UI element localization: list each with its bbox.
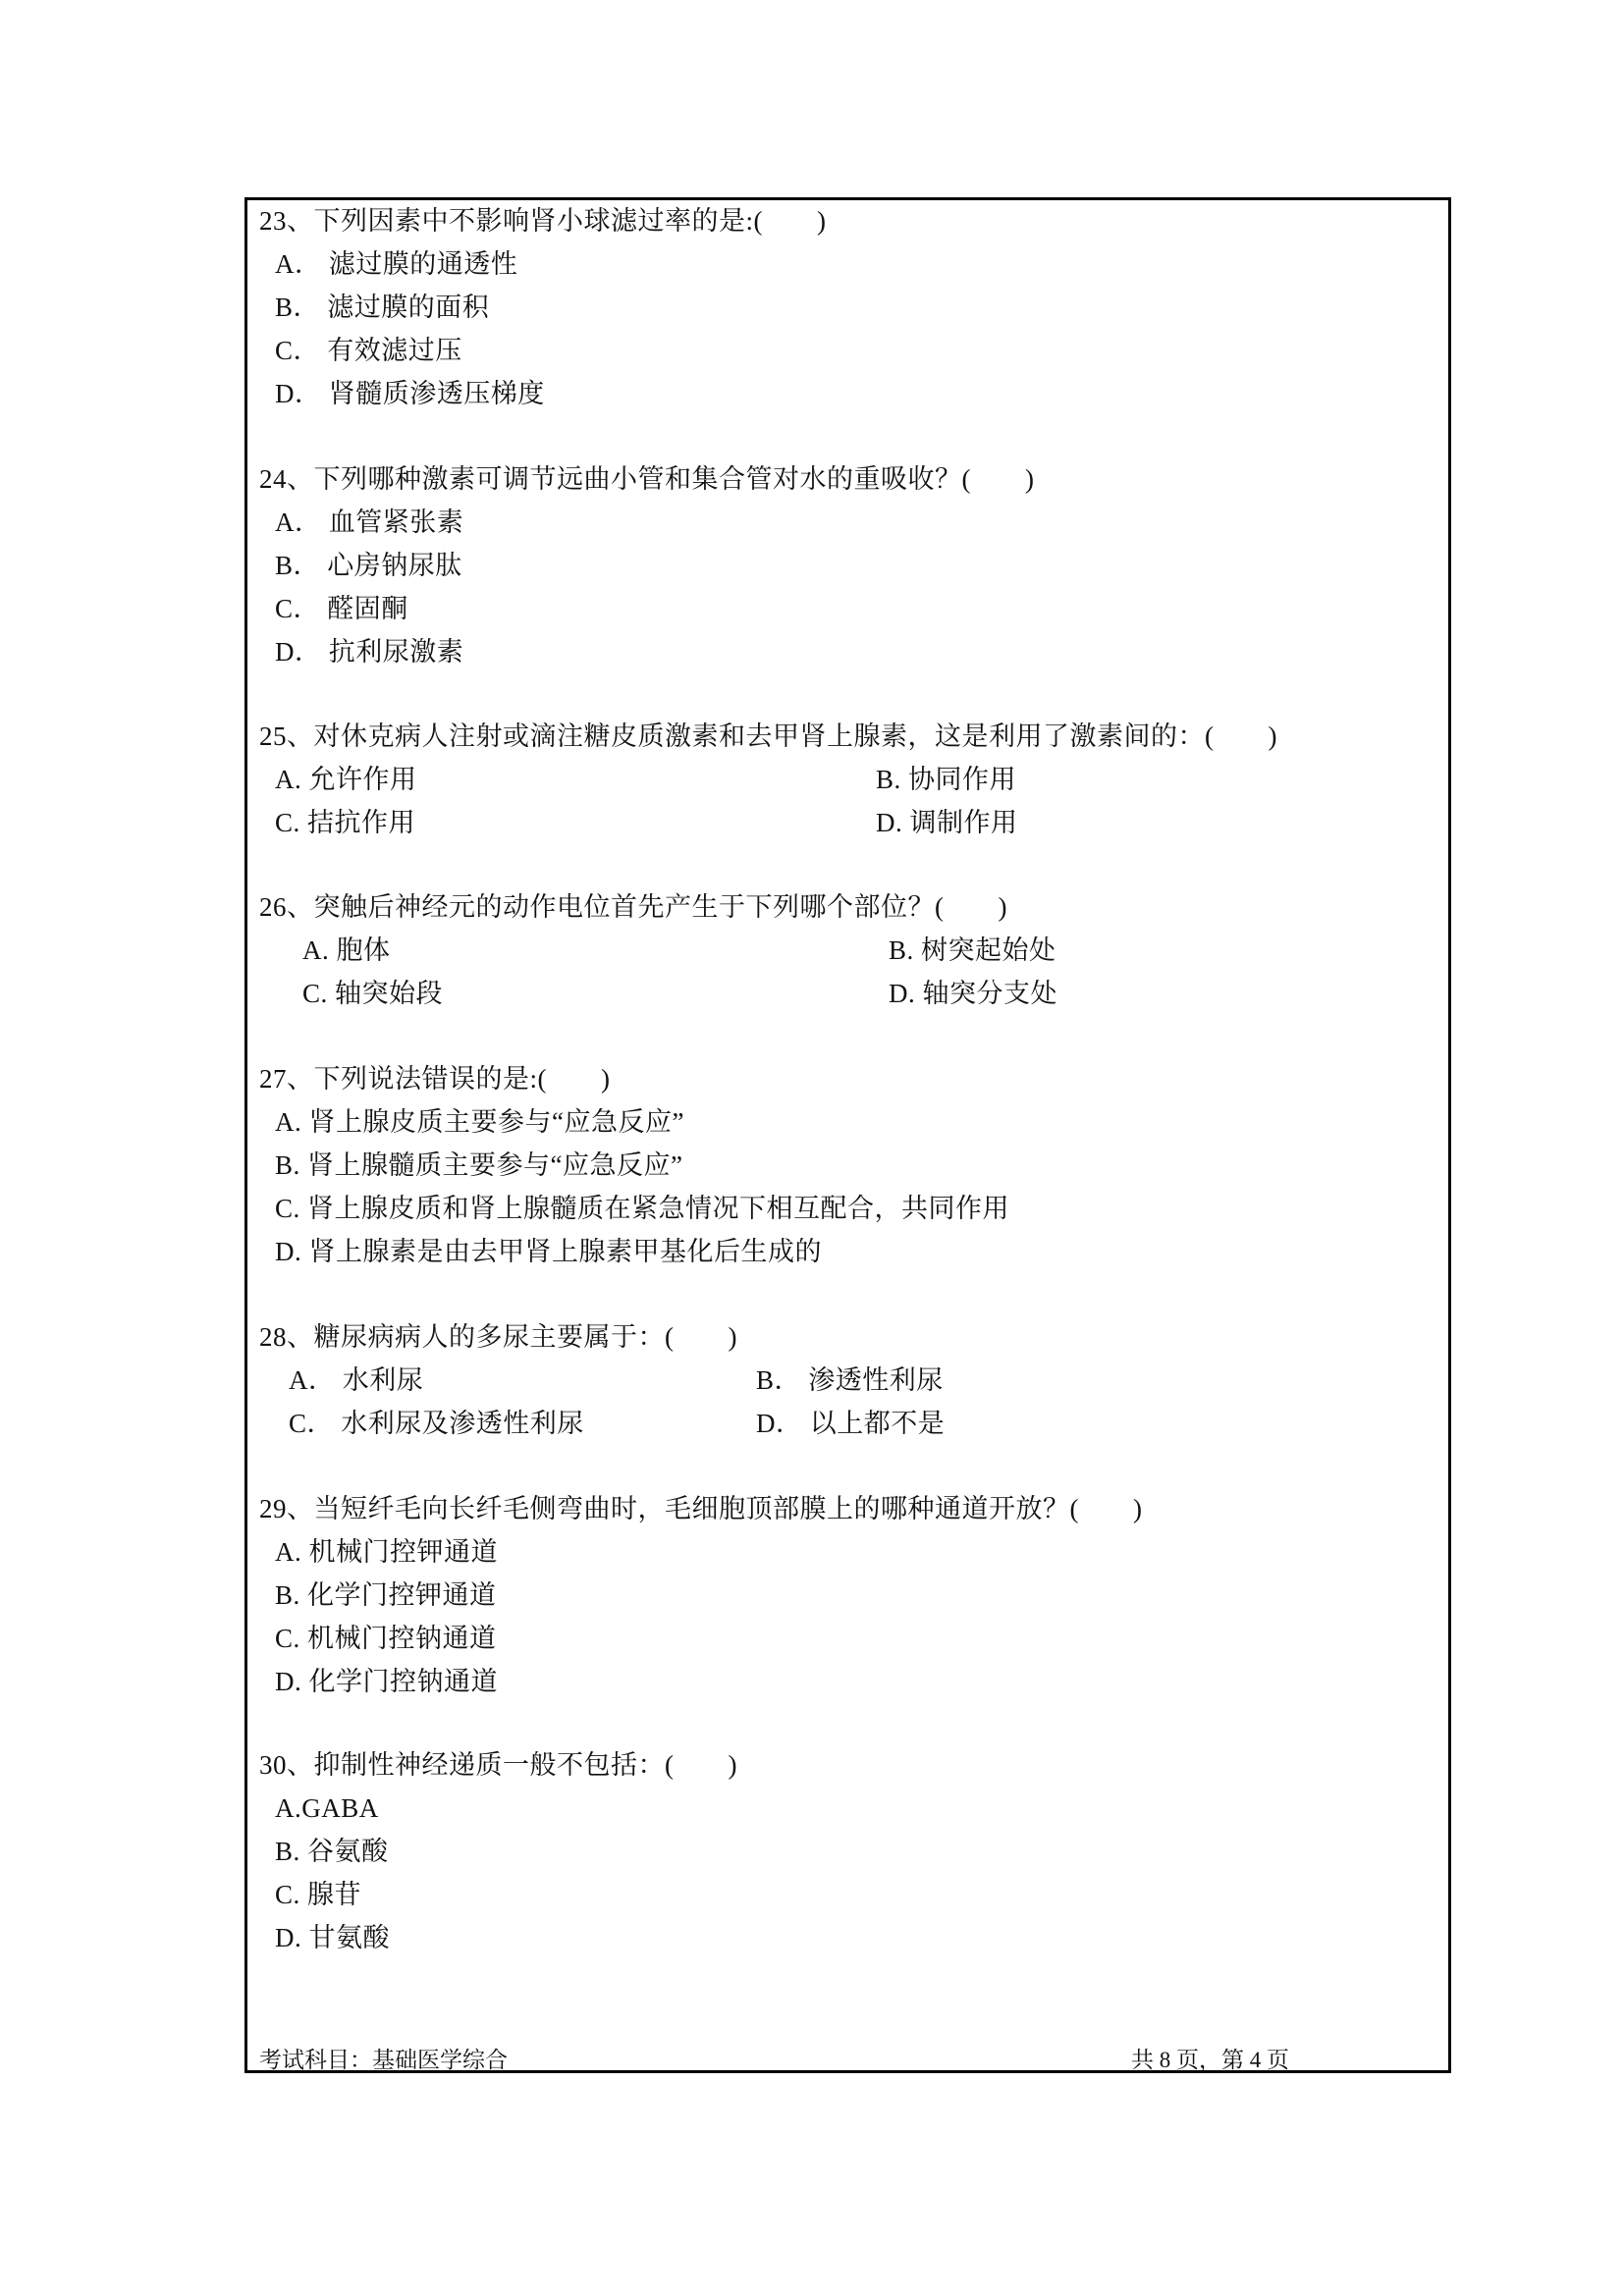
- option-b: B. 肾上腺髓质主要参与“应急反应”: [275, 1148, 682, 1183]
- option-b: B. 协同作用: [876, 762, 1016, 797]
- option-b: B. 化学门控钾通道: [275, 1577, 497, 1613]
- option-a: A. 肾上腺皮质主要参与“应急反应”: [275, 1104, 684, 1140]
- option-text: 机械门控钠通道: [307, 1624, 497, 1653]
- option-text: 心房钠尿肽: [327, 551, 462, 580]
- option-c: C. 腺苷: [275, 1877, 361, 1912]
- option-text: 以上都不是: [810, 1409, 946, 1438]
- question-text: 下列哪种激素可调节远曲小管和集合管对水的重吸收？( ): [314, 464, 1035, 494]
- option-label: A．: [289, 1365, 336, 1395]
- option-text: 甘氨酸: [309, 1923, 391, 1952]
- question-number: 26、: [259, 892, 314, 922]
- question-26: 26、突触后神经元的动作电位首先产生于下列哪个部位？( ): [259, 889, 1007, 925]
- option-label: C.: [275, 1880, 300, 1909]
- option-a: A. 允许作用: [275, 762, 417, 797]
- question-text: 突触后神经元的动作电位首先产生于下列哪个部位？( ): [314, 892, 1007, 922]
- option-text: 树突起始处: [921, 935, 1056, 965]
- option-c: C． 有效滤过压: [275, 333, 462, 368]
- option-text: 肾上腺素是由去甲肾上腺素甲基化后生成的: [309, 1237, 823, 1266]
- option-label: C.: [275, 1194, 300, 1223]
- option-label: B.: [275, 1580, 300, 1610]
- option-label: D.: [889, 979, 915, 1008]
- option-text: 机械门控钾通道: [309, 1537, 499, 1567]
- option-text: 有效滤过压: [327, 336, 462, 365]
- option-text: 化学门控钾通道: [307, 1580, 497, 1610]
- option-text: 滤过膜的面积: [327, 293, 489, 322]
- option-label: D.: [275, 1923, 301, 1952]
- question-30: 30、抑制性神经递质一般不包括：( ): [259, 1747, 737, 1783]
- option-label: A.: [275, 1107, 301, 1137]
- option-d: D． 以上都不是: [756, 1406, 945, 1441]
- question-number: 28、: [259, 1322, 314, 1352]
- question-text: 下列说法错误的是:( ): [314, 1064, 611, 1094]
- option-label: D．: [275, 379, 322, 408]
- option-label: A.: [275, 1537, 301, 1567]
- option-label: A.: [302, 935, 329, 965]
- option-text: 醛固酮: [327, 594, 408, 623]
- option-label: C．: [289, 1409, 334, 1438]
- question-number: 23、: [259, 206, 314, 236]
- option-b: B． 渗透性利尿: [756, 1362, 944, 1398]
- option-label: B．: [275, 551, 320, 580]
- option-text: 肾上腺髓质主要参与“应急反应”: [307, 1150, 682, 1180]
- option-a: A.GABA: [275, 1790, 379, 1826]
- option-label: A．: [275, 249, 322, 279]
- option-a: A． 滤过膜的通透性: [275, 246, 517, 282]
- option-c: C． 水利尿及渗透性利尿: [289, 1406, 584, 1441]
- question-number: 27、: [259, 1064, 314, 1094]
- option-text: 水利尿及渗透性利尿: [341, 1409, 584, 1438]
- option-label: C.: [302, 979, 328, 1008]
- option-label: A.: [275, 1793, 301, 1823]
- option-text: 水利尿: [343, 1365, 424, 1395]
- option-c: C. 机械门控钠通道: [275, 1621, 497, 1656]
- option-label: C．: [275, 336, 320, 365]
- option-label: D.: [275, 1237, 301, 1266]
- question-24: 24、下列哪种激素可调节远曲小管和集合管对水的重吸收？( ): [259, 461, 1034, 497]
- option-c: C. 轴突始段: [302, 976, 443, 1011]
- option-d: D. 化学门控钠通道: [275, 1664, 498, 1699]
- option-b: B. 谷氨酸: [275, 1834, 389, 1869]
- option-label: C.: [275, 1624, 300, 1653]
- option-label: D.: [275, 1667, 301, 1696]
- option-text: 肾上腺皮质和肾上腺髓质在紧急情况下相互配合，共同作用: [307, 1194, 1009, 1223]
- option-b: B. 树突起始处: [889, 933, 1056, 968]
- option-text: 调制作用: [910, 808, 1018, 837]
- option-label: B.: [275, 1150, 300, 1180]
- option-label: B．: [756, 1365, 801, 1395]
- question-text: 对休克病人注射或滴注糖皮质激素和去甲肾上腺素，这是利用了激素间的：( ): [314, 721, 1277, 751]
- option-d: D． 抗利尿激素: [275, 634, 463, 669]
- option-text: 肾髓质渗透压梯度: [329, 379, 545, 408]
- question-29: 29、当短纤毛向长纤毛侧弯曲时，毛细胞顶部膜上的哪种通道开放？( ): [259, 1491, 1142, 1526]
- option-text: 轴突分支处: [923, 979, 1058, 1008]
- question-number: 25、: [259, 721, 314, 751]
- option-label: D．: [756, 1409, 803, 1438]
- option-text: 允许作用: [309, 765, 417, 794]
- option-label: B.: [275, 1837, 300, 1866]
- option-text: 谷氨酸: [307, 1837, 389, 1866]
- option-label: A.: [275, 765, 301, 794]
- option-text: 血管紧张素: [329, 507, 464, 537]
- option-d: D． 肾髓质渗透压梯度: [275, 376, 545, 411]
- option-text: 协同作用: [908, 765, 1016, 794]
- option-text: 肾上腺皮质主要参与“应急反应”: [309, 1107, 684, 1137]
- option-label: C．: [275, 594, 320, 623]
- option-label: C.: [275, 808, 300, 837]
- option-a: A. 胞体: [302, 933, 391, 968]
- question-text: 当短纤毛向长纤毛侧弯曲时，毛细胞顶部膜上的哪种通道开放？( ): [314, 1494, 1143, 1523]
- option-text: 轴突始段: [335, 979, 443, 1008]
- option-a: A． 血管紧张素: [275, 505, 463, 540]
- option-d: D. 调制作用: [876, 805, 1018, 840]
- option-label: D.: [876, 808, 902, 837]
- question-28: 28、糖尿病病人的多尿主要属于：( ): [259, 1319, 737, 1355]
- question-text: 糖尿病病人的多尿主要属于：( ): [314, 1322, 737, 1352]
- option-b: B． 滤过膜的面积: [275, 290, 489, 325]
- option-label: B.: [876, 765, 901, 794]
- option-c: C． 醛固酮: [275, 591, 408, 626]
- question-number: 24、: [259, 464, 314, 494]
- option-text: 滤过膜的通透性: [329, 249, 518, 279]
- option-d: D. 肾上腺素是由去甲肾上腺素甲基化后生成的: [275, 1234, 822, 1269]
- question-number: 29、: [259, 1494, 314, 1523]
- option-label: D．: [275, 637, 322, 667]
- option-label: B．: [275, 293, 320, 322]
- question-25: 25、对休克病人注射或滴注糖皮质激素和去甲肾上腺素，这是利用了激素间的：( ): [259, 719, 1277, 754]
- question-27: 27、下列说法错误的是:( ): [259, 1061, 610, 1096]
- question-text: 抑制性神经递质一般不包括：( ): [314, 1750, 737, 1780]
- question-23: 23、下列因素中不影响肾小球滤过率的是:( ): [259, 203, 826, 239]
- option-c: C. 肾上腺皮质和肾上腺髓质在紧急情况下相互配合，共同作用: [275, 1191, 1009, 1226]
- option-text: 化学门控钠通道: [309, 1667, 499, 1696]
- option-label: B.: [889, 935, 914, 965]
- option-text: 渗透性利尿: [808, 1365, 944, 1395]
- question-number: 30、: [259, 1750, 314, 1780]
- option-a: A． 水利尿: [289, 1362, 423, 1398]
- option-text: GABA: [301, 1793, 379, 1823]
- option-text: 抗利尿激素: [329, 637, 464, 667]
- option-d: D. 甘氨酸: [275, 1920, 390, 1955]
- option-label: A．: [275, 507, 322, 537]
- option-text: 拮抗作用: [307, 808, 415, 837]
- question-text: 下列因素中不影响肾小球滤过率的是:( ): [314, 206, 827, 236]
- option-c: C. 拮抗作用: [275, 805, 415, 840]
- option-a: A. 机械门控钾通道: [275, 1534, 498, 1570]
- option-text: 胞体: [337, 935, 391, 965]
- page-indicator: 共 8 页，第 4 页: [1131, 2046, 1289, 2075]
- option-d: D. 轴突分支处: [889, 976, 1057, 1011]
- option-b: B． 心房钠尿肽: [275, 548, 462, 583]
- option-text: 腺苷: [307, 1880, 361, 1909]
- exam-subject: 考试科目：基础医学综合: [259, 2046, 508, 2075]
